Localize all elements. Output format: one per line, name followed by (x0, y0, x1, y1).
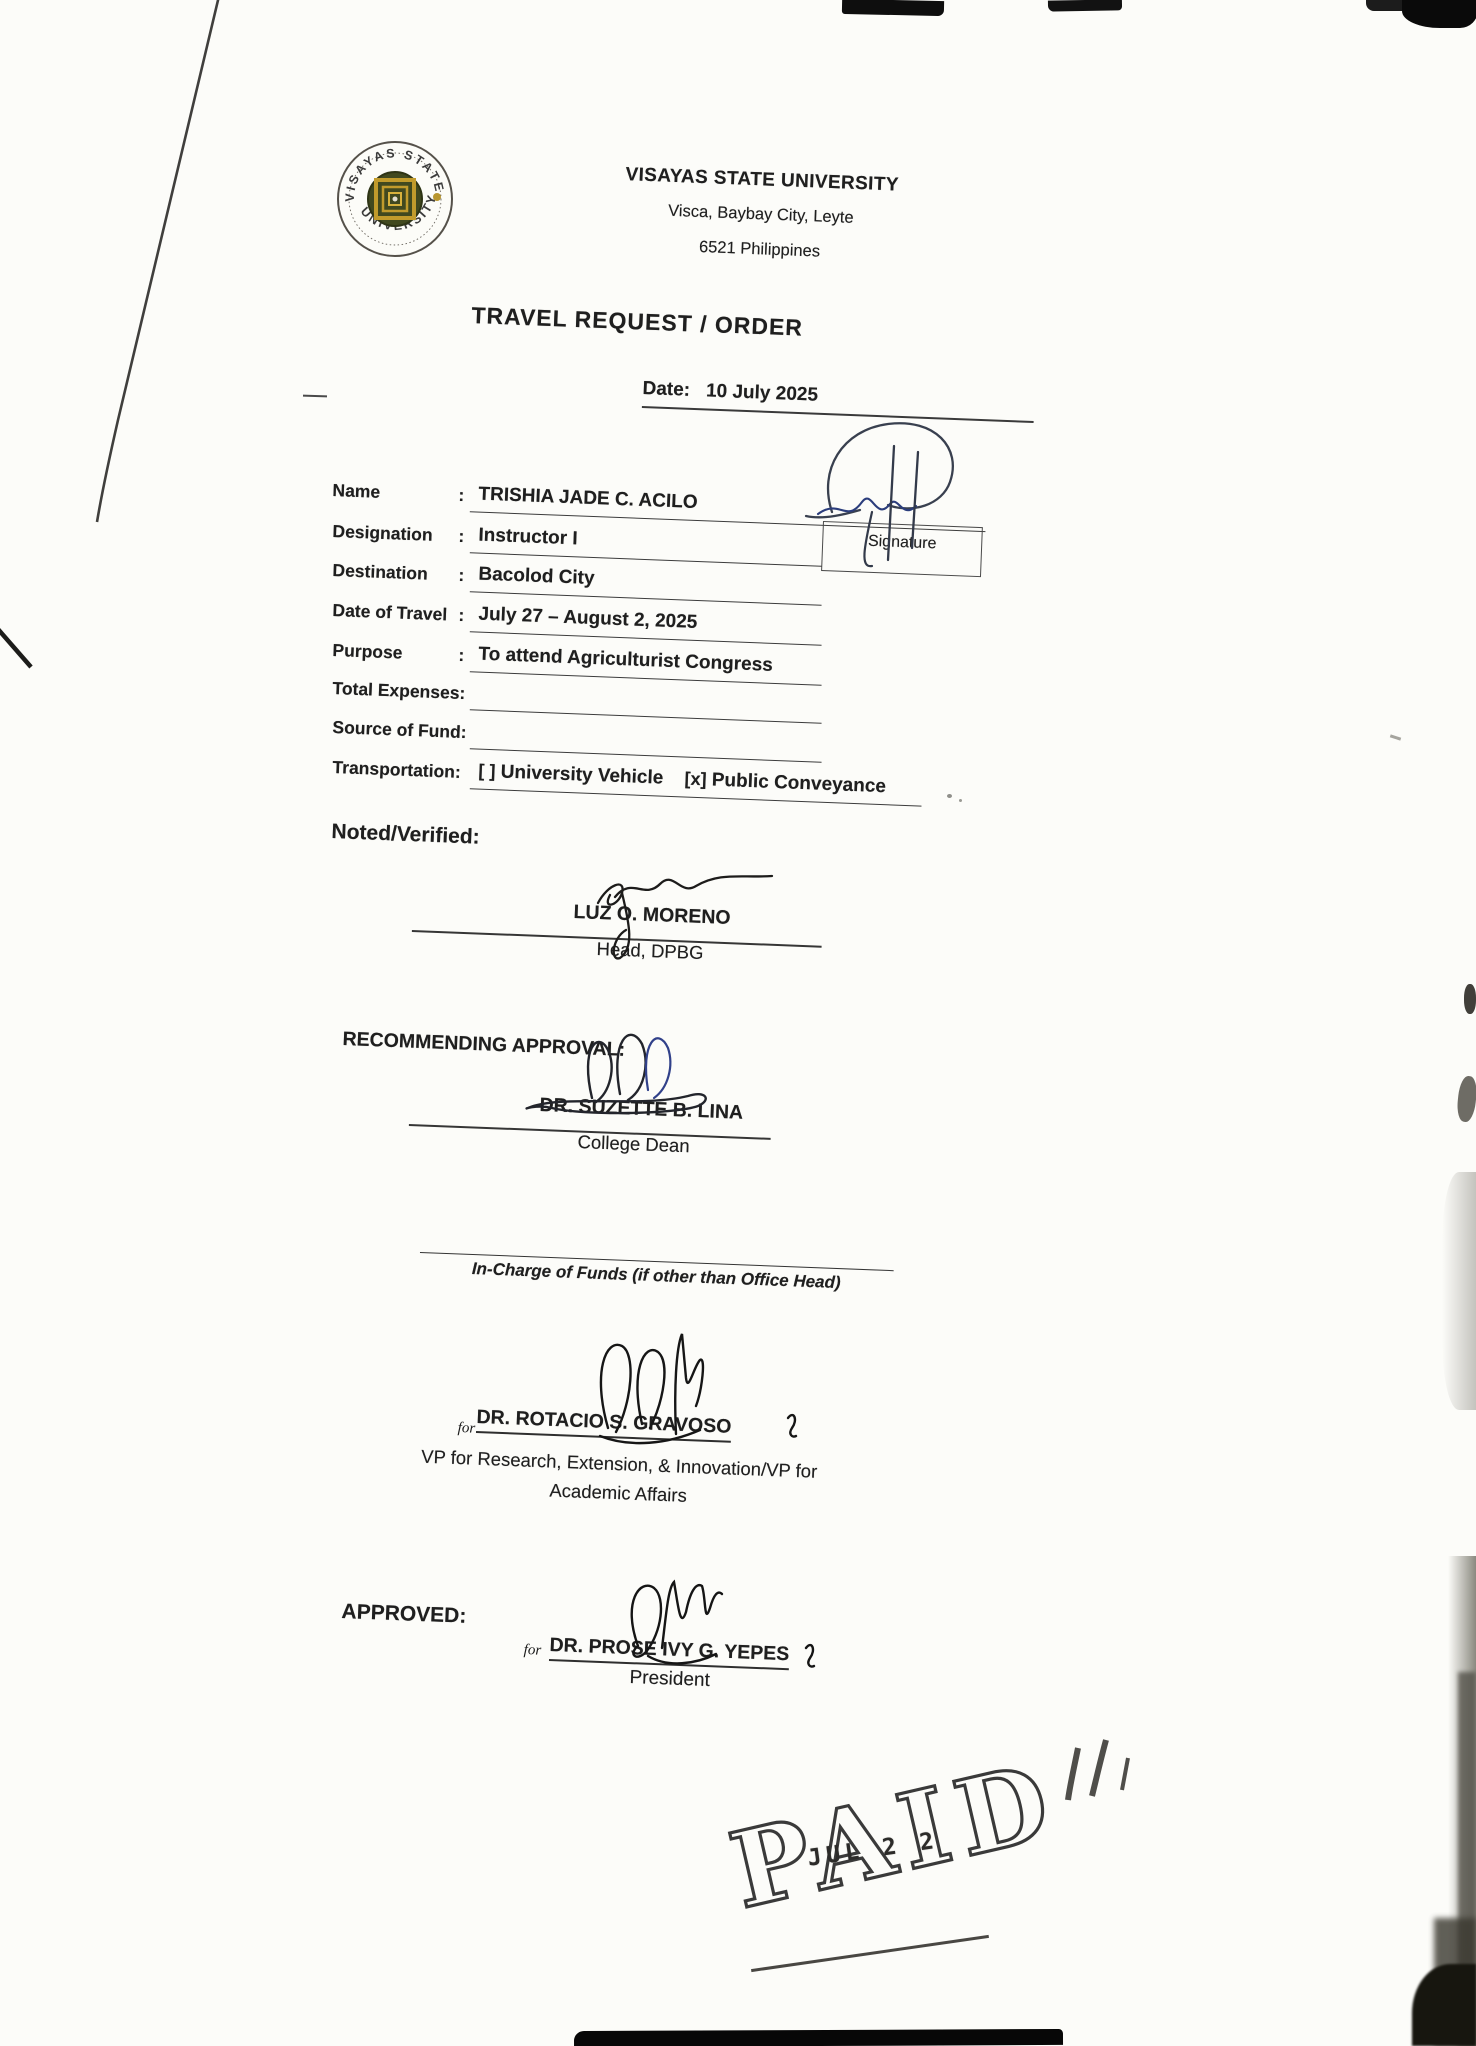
date-line: Date:10 July 2025 (642, 378, 1035, 423)
form-row-designation: Designation:Instructor I (332, 519, 823, 567)
incharge-of-funds-label: In-Charge of Funds (if other than Office… (472, 1259, 841, 1292)
field-colon: : (458, 565, 471, 592)
recommending-title: College Dean (577, 1131, 690, 1157)
option-university-vehicle: University Vehicle (500, 761, 663, 788)
date-value: 10 July 2025 (706, 380, 819, 405)
field-colon: : (458, 605, 471, 632)
form-row-total-expenses: Total Expenses: (332, 676, 823, 724)
purpose-field-value: To attend Agriculturist Congress (470, 643, 823, 685)
checkbox-university-vehicle: [ ] (478, 761, 496, 782)
form-row-destination: Destination:Bacolod City (332, 558, 823, 606)
scan-left-mark (0, 628, 31, 667)
president-name: DR. PROSE IVY G. YEPES (549, 1634, 790, 1670)
travel-dates-field-value: July 27 – August 2, 2025 (470, 603, 823, 645)
noted-verified-label: Noted/Verified: (331, 820, 480, 850)
date-label: Date: (642, 378, 690, 401)
scan-right-mark-1 (1464, 984, 1476, 1014)
designation-field-value: Instructor I (470, 524, 823, 566)
seal-gold-dot (433, 193, 441, 201)
field-label: Name (332, 480, 459, 512)
university-seal: VISAYAS STATE UNIVERSITY (334, 137, 456, 261)
field-colon: : (458, 485, 471, 512)
scan-top-mark-2 (1048, 0, 1122, 12)
vp-title: VP for Research, Extension, & Innovation… (378, 1440, 860, 1516)
president-title: President (629, 1667, 710, 1692)
scan-dot-1 (947, 794, 952, 798)
signature-box: Signature (821, 521, 983, 577)
field-label: Transportation: (332, 757, 471, 789)
page-title: TRAVEL REQUEST / ORDER (471, 302, 803, 342)
field-label: Purpose (332, 640, 459, 672)
scan-dot-3 (1390, 734, 1401, 740)
recommending-approval-label: RECOMMENDING APPROVAL: (342, 1028, 625, 1062)
scan-top-mark-1 (842, 0, 944, 16)
field-label: Designation (332, 521, 459, 553)
field-colon: : (458, 526, 471, 553)
scan-dot-2 (959, 799, 962, 802)
seal-center-dot (393, 197, 398, 202)
scan-bottom-bar (574, 2029, 1063, 2046)
option-public-conveyance: Public Conveyance (711, 770, 886, 798)
destination-field-value: Bacolod City (470, 563, 823, 605)
scan-corner-black (1412, 1964, 1476, 2046)
scan-dash-mark (303, 395, 327, 398)
approved-label: APPROVED: (341, 1600, 467, 1629)
field-label: Total Expenses: (332, 678, 471, 710)
vp-name: DR. ROTACIO S. GRAVOSO (476, 1406, 732, 1443)
field-colon: : (458, 645, 471, 672)
total-expenses-field-value (470, 681, 823, 723)
vp-countersign-for: for (457, 1420, 475, 1438)
field-label: Destination (332, 560, 459, 592)
form-row-date-of-travel: Date of Travel:July 27 – August 2, 2025 (332, 598, 823, 646)
scan-right-mark-2 (1456, 1075, 1476, 1123)
scan-right-streak (1442, 1172, 1476, 1410)
field-label: Date of Travel (332, 600, 459, 632)
scan-crease-line (97, 0, 219, 522)
signature-box-label: Signature (868, 533, 937, 553)
checkbox-public-conveyance: [x] (684, 769, 707, 790)
field-label: Source of Fund: (332, 717, 471, 749)
letterhead: VISAYAS STATE UNIVERSITY Visca, Baybay C… (594, 156, 928, 274)
source-of-fund-field-value (470, 720, 823, 762)
form-row-source-of-fund: Source of Fund: (332, 715, 823, 763)
incharge-of-funds-line: In-Charge of Funds (if other than Office… (419, 1252, 894, 1295)
form-row-transportation: Transportation: [ ] University Vehicle [… (332, 755, 923, 807)
noted-title: Head, DPBG (596, 938, 704, 964)
president-countersign-for: for (523, 1642, 541, 1660)
scan-top-right-blob (1402, 0, 1476, 28)
